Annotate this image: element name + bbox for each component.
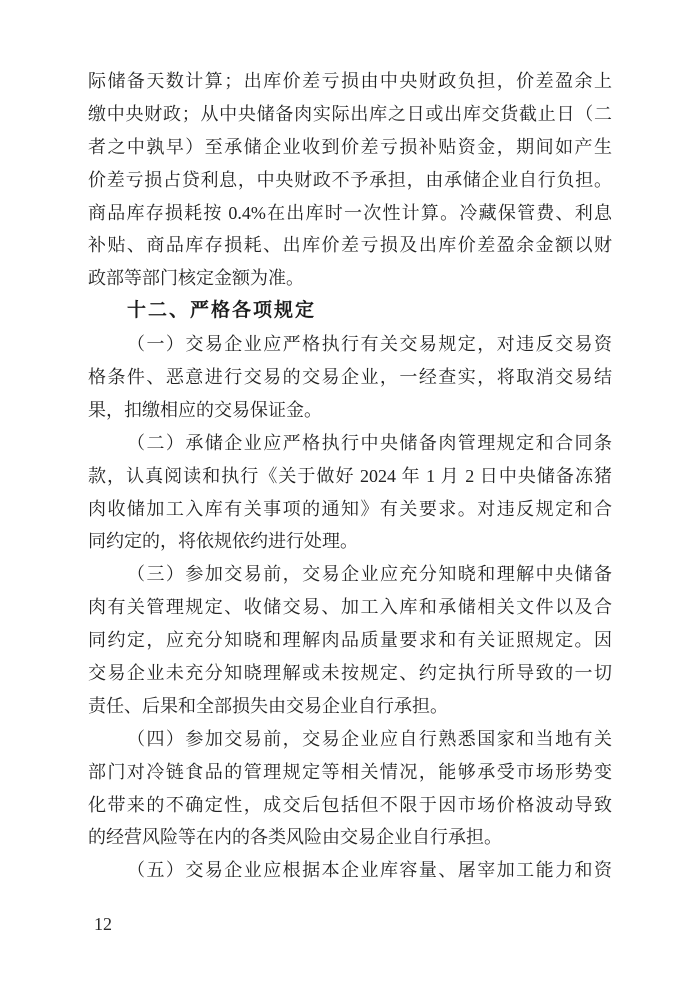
body-line: （二）承储企业应严格执行中央储备肉管理规定和合同条 [88,427,612,460]
body-line: 肉有关管理规定、收储交易、加工入库和承储相关文件以及合 [88,591,612,624]
body-line: 责任、后果和全部损失由交易企业自行承担。 [88,690,612,723]
item-paragraph-5: （五）交易企业应根据本企业库容量、屠宰加工能力和资 [88,854,612,887]
body-line: 商品库存损耗按 0.4%在出库时一次性计算。冷藏保管费、利息 [88,197,612,230]
body-line: 同约定，应充分知晓和理解肉品质量要求和有关证照规定。因 [88,624,612,657]
body-line: （三）参加交易前，交易企业应充分知晓和理解中央储备 [88,558,612,591]
body-line: （一）交易企业应严格执行有关交易规定，对违反交易资 [88,328,612,361]
body-line: 补贴、商品库存损耗、出库价差亏损及出库价差盈余金额以财 [88,229,612,262]
body-line: 际储备天数计算；出库价差亏损由中央财政负担，价差盈余上 [88,65,612,98]
item-paragraph-1: （一）交易企业应严格执行有关交易规定，对违反交易资 格条件、恶意进行交易的交易企… [88,328,612,427]
body-line: 果，扣缴相应的交易保证金。 [88,394,612,427]
body-line: 交易企业未充分知晓理解或未按规定、约定执行所导致的一切 [88,657,612,690]
body-line: （五）交易企业应根据本企业库容量、屠宰加工能力和资 [88,854,612,887]
body-line: 化带来的不确定性，成交后包括但不限于因市场价格波动导致 [88,789,612,822]
body-line: 部门对冷链食品的管理规定等相关情况，能够承受市场形势变 [88,756,612,789]
item-paragraph-4: （四）参加交易前，交易企业应自行熟悉国家和当地有关 部门对冷链食品的管理规定等相… [88,723,612,855]
body-line: 款，认真阅读和执行《关于做好 2024 年 1 月 2 日中央储备冻猪 [88,460,612,493]
body-line: （四）参加交易前，交易企业应自行熟悉国家和当地有关 [88,723,612,756]
body-line: 价差亏损占贷利息，中央财政不予承担，由承储企业自行负担。 [88,164,612,197]
item-paragraph-3: （三）参加交易前，交易企业应充分知晓和理解中央储备 肉有关管理规定、收储交易、加… [88,558,612,722]
body-line: 的经营风险等在内的各类风险由交易企业自行承担。 [88,821,612,854]
continuation-paragraph: 际储备天数计算；出库价差亏损由中央财政负担，价差盈余上 缴中央财政；从中央储备肉… [88,65,612,295]
body-line: 者之中孰早）至承储企业收到价差亏损补贴资金，期间如产生 [88,131,612,164]
page-number: 12 [94,914,112,935]
body-line: 缴中央财政；从中央储备肉实际出库之日或出库交货截止日（二 [88,98,612,131]
item-paragraph-2: （二）承储企业应严格执行中央储备肉管理规定和合同条 款，认真阅读和执行《关于做好… [88,427,612,559]
section-heading: 十二、严格各项规定 [88,295,612,328]
body-line: 同约定的，将依规依约进行处理。 [88,525,612,558]
body-text: 际储备天数计算；出库价差亏损由中央财政负担，价差盈余上 缴中央财政；从中央储备肉… [88,65,612,887]
body-line: 肉收储加工入库有关事项的通知》有关要求。对违反规定和合 [88,493,612,526]
document-page: 际储备天数计算；出库价差亏损由中央财政负担，价差盈余上 缴中央财政；从中央储备肉… [0,0,700,989]
body-line: 政部等部门核定金额为准。 [88,262,612,295]
body-line: 格条件、恶意进行交易的交易企业，一经查实，将取消交易结 [88,361,612,394]
